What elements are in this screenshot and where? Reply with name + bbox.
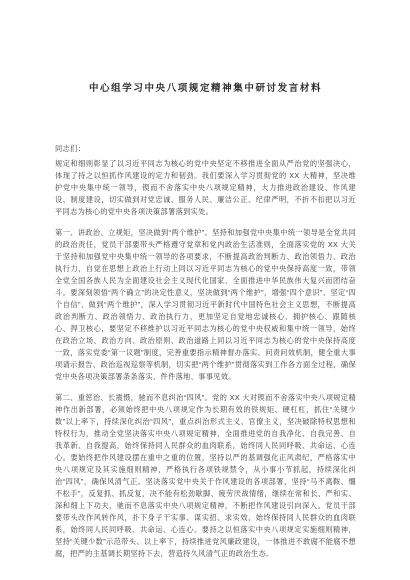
document-content: 中心组学习中央八项规定精神集中研讨发言材料 同志们： 规定和细则彰显了以习近平同… (55, 0, 356, 560)
paragraph-intro: 规定和细则彰显了以习近平同志为核心的党中央坚定不移推进全面从严治党的坚强决心，体… (55, 155, 356, 218)
paragraph-first-point: 第一、讲政治、立规矩，坚决做到“两个维护”。坚持和加强党中央集中统一领导是全党共… (55, 218, 356, 383)
greeting-line: 同志们： (55, 95, 356, 155)
document-page: 中心组学习中央八项规定精神集中研讨发言材料 同志们： 规定和细则彰显了以习近平同… (0, 0, 410, 580)
document-title: 中心组学习中央八项规定精神集中研讨发言材料 (55, 0, 356, 95)
paragraph-second-point: 第二、重惩治、长震慑，驰而不息纠治“四风”。党的 XX 大对锲而不舍落实中央八项… (55, 383, 356, 560)
